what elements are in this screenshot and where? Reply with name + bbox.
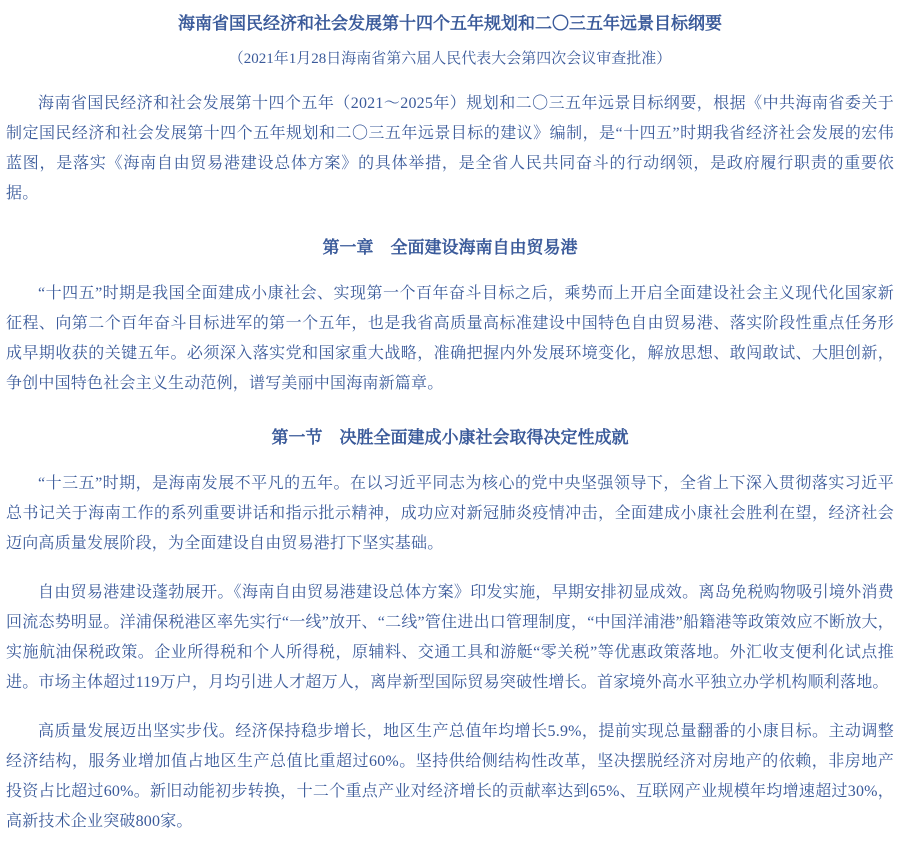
- preamble-paragraph: 海南省国民经济和社会发展第十四个五年（2021～2025年）规划和二〇三五年远景…: [6, 89, 894, 209]
- section-1-paragraph-1: “十三五”时期，是海南发展不平凡的五年。在以习近平同志为核心的党中央坚强领导下，…: [6, 469, 894, 559]
- chapter-1-heading: 第一章 全面建设海南自由贸易港: [6, 236, 894, 260]
- document-title: 海南省国民经济和社会发展第十四个五年规划和二〇三五年远景目标纲要: [6, 12, 894, 36]
- document-page: 海南省国民经济和社会发展第十四个五年规划和二〇三五年远景目标纲要 （2021年1…: [0, 0, 910, 847]
- section-1-paragraph-3: 高质量发展迈出坚实步伐。经济保持稳步增长，地区生产总值年均增长5.9%，提前实现…: [6, 717, 894, 837]
- section-1-paragraph-2: 自由贸易港建设蓬勃展开。《海南自由贸易港建设总体方案》印发实施，早期安排初显成效…: [6, 578, 894, 698]
- section-1-heading: 第一节 决胜全面建成小康社会取得决定性成就: [6, 426, 894, 450]
- approval-note: （2021年1月28日海南省第六届人民代表大会第四次会议审查批准）: [6, 49, 894, 70]
- chapter-1-paragraph: “十四五”时期是我国全面建成小康社会、实现第一个百年奋斗目标之后，乘势而上开启全…: [6, 279, 894, 399]
